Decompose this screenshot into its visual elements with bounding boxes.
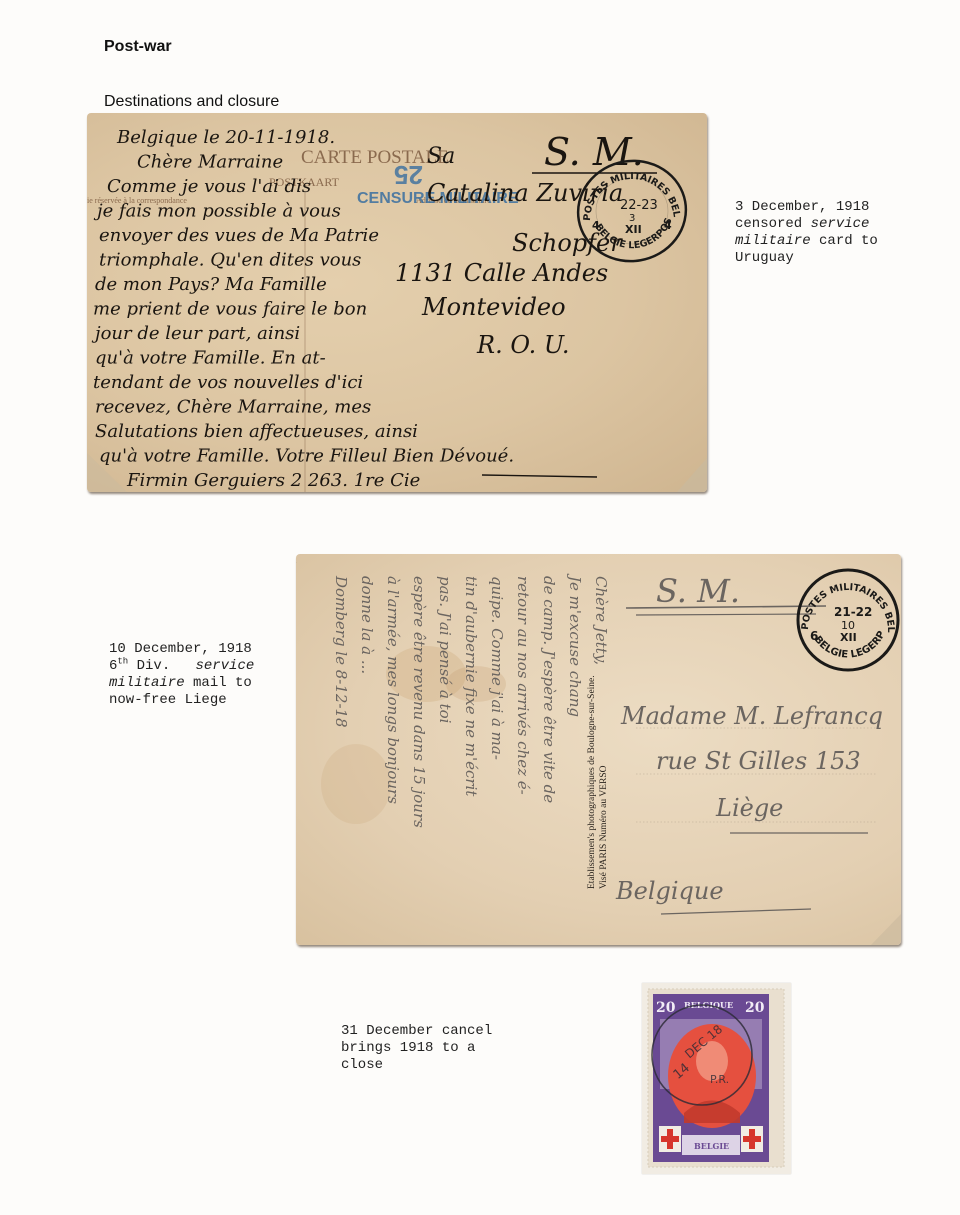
text-line: quipe. Comme j'ai à ma- bbox=[488, 576, 506, 760]
svg-text:25: 25 bbox=[394, 160, 423, 190]
handwritten-address: SaCatalina ZuviriaSchopfer1131 Calle And… bbox=[395, 144, 623, 359]
postcard-uruguay: CARTE POSTALE POSTKAART ie réservée à la… bbox=[87, 113, 707, 492]
caption-item-1: 3 December, 1918 censored service milita… bbox=[735, 199, 897, 267]
text-line: tin d'aubernie fixe ne m'écrit bbox=[462, 576, 480, 797]
sm-mark: S. M. bbox=[544, 130, 644, 174]
text-line: Belgique le 20-11-1918. bbox=[116, 127, 335, 148]
text-line: Domberg le 8-12-18 bbox=[332, 575, 350, 728]
svg-text:4: 4 bbox=[664, 219, 672, 232]
stamp-value-right: 20 bbox=[745, 1000, 765, 1016]
address-line: Madame M. Lefrancq bbox=[620, 702, 883, 730]
address-line: Sa bbox=[427, 144, 455, 169]
text-line: espère être revenu dans 15 jours bbox=[410, 576, 428, 828]
text-line: à l'armée, mes longs bonjours bbox=[384, 576, 402, 804]
caption-item-2: 10 December, 1918 6th Div. service milit… bbox=[109, 641, 277, 709]
text-line: je fais mon possible à vous bbox=[93, 201, 341, 222]
address-line: rue St Gilles 153 bbox=[656, 747, 861, 775]
publisher-imprint: Etablissemen's photographiques de Boulog… bbox=[587, 675, 609, 889]
text-line: de camp. J'espère être vite de bbox=[540, 576, 558, 803]
text-line: retour au nos arrivés chez é- bbox=[514, 576, 532, 795]
text-line: donne la à ... bbox=[358, 576, 376, 674]
pencil-address: Madame M. Lefrancqrue St Gilles 153Liège… bbox=[615, 702, 883, 905]
svg-text:P.R.: P.R. bbox=[710, 1073, 729, 1086]
text-line: triomphale. Qu'en dites vous bbox=[99, 250, 361, 271]
text-line: Chère Marraine bbox=[137, 152, 283, 173]
address-line: Montevideo bbox=[421, 293, 566, 321]
text-line: Firmin Gerguiers 2 263. 1re Cie bbox=[126, 470, 420, 491]
text-line: Chère Jetty, bbox=[592, 576, 610, 665]
stamp-country-bottom: BELGIE bbox=[694, 1141, 729, 1151]
text-line: jour de leur part, ainsi bbox=[91, 323, 300, 344]
text-line: Comme je vous l'ai dis bbox=[107, 176, 311, 197]
address-line: Belgique bbox=[615, 877, 724, 905]
address-line: R. O. U. bbox=[476, 331, 570, 359]
svg-text:XII: XII bbox=[625, 223, 642, 236]
text-line: me prient de vous faire le bon bbox=[93, 299, 367, 320]
text-line: de mon Pays? Ma Famille bbox=[95, 274, 327, 295]
top-pencil-note: FXII. J. Henry soldat C.7.A-M. Div. bbox=[296, 559, 297, 572]
section-title: Destinations and closure bbox=[104, 93, 279, 111]
address-line: Catalina Zuviria bbox=[427, 179, 623, 207]
svg-text:22-23: 22-23 bbox=[620, 198, 658, 213]
text-line: recevez, Chère Marraine, mes bbox=[95, 397, 371, 418]
text-line: tendant de vos nouvelles d'ici bbox=[93, 372, 363, 393]
svg-text:Etablissemen's photographiques: Etablissemen's photographiques de Boulog… bbox=[587, 675, 597, 889]
page-title: Post-war bbox=[104, 38, 172, 56]
svg-text:6: 6 bbox=[810, 629, 818, 643]
postmark-circle: POSTES MILITAIRES BELGIQUE BELGIE LEGERP… bbox=[798, 570, 898, 670]
svg-text:XII: XII bbox=[840, 631, 857, 644]
svg-text:Visé PARIS Numéro au VERSO: Visé PARIS Numéro au VERSO bbox=[599, 765, 609, 889]
postcard-liege: FXII. J. Henry soldat C.7.A-M. Div. Chèr… bbox=[296, 554, 901, 945]
text-line: qu'à votre Famille. En at- bbox=[95, 348, 326, 369]
address-line: 1131 Calle Andes bbox=[395, 259, 608, 287]
address-line: Schopfer bbox=[512, 229, 623, 257]
text-line: pas. J'ai pensé à toi bbox=[436, 576, 454, 724]
address-line: Liège bbox=[715, 794, 783, 822]
stamp-on-piece: 20 20 BELGIQUE BELGIE 14 DEC 18 P.R. bbox=[642, 983, 791, 1174]
text-line: envoyer des vues de Ma Patrie bbox=[99, 225, 379, 246]
text-line: Salutations bien affectueuses, ainsi bbox=[95, 421, 418, 442]
svg-text:21-22: 21-22 bbox=[834, 605, 872, 619]
caption-item-3: 31 December cancel brings 1918 to a clos… bbox=[341, 1023, 531, 1074]
sm-mark: S. M. bbox=[656, 572, 740, 610]
text-line: Je m'excuse chang bbox=[566, 573, 584, 717]
text-line: qu'à votre Famille. Votre Filleul Bien D… bbox=[99, 446, 514, 467]
